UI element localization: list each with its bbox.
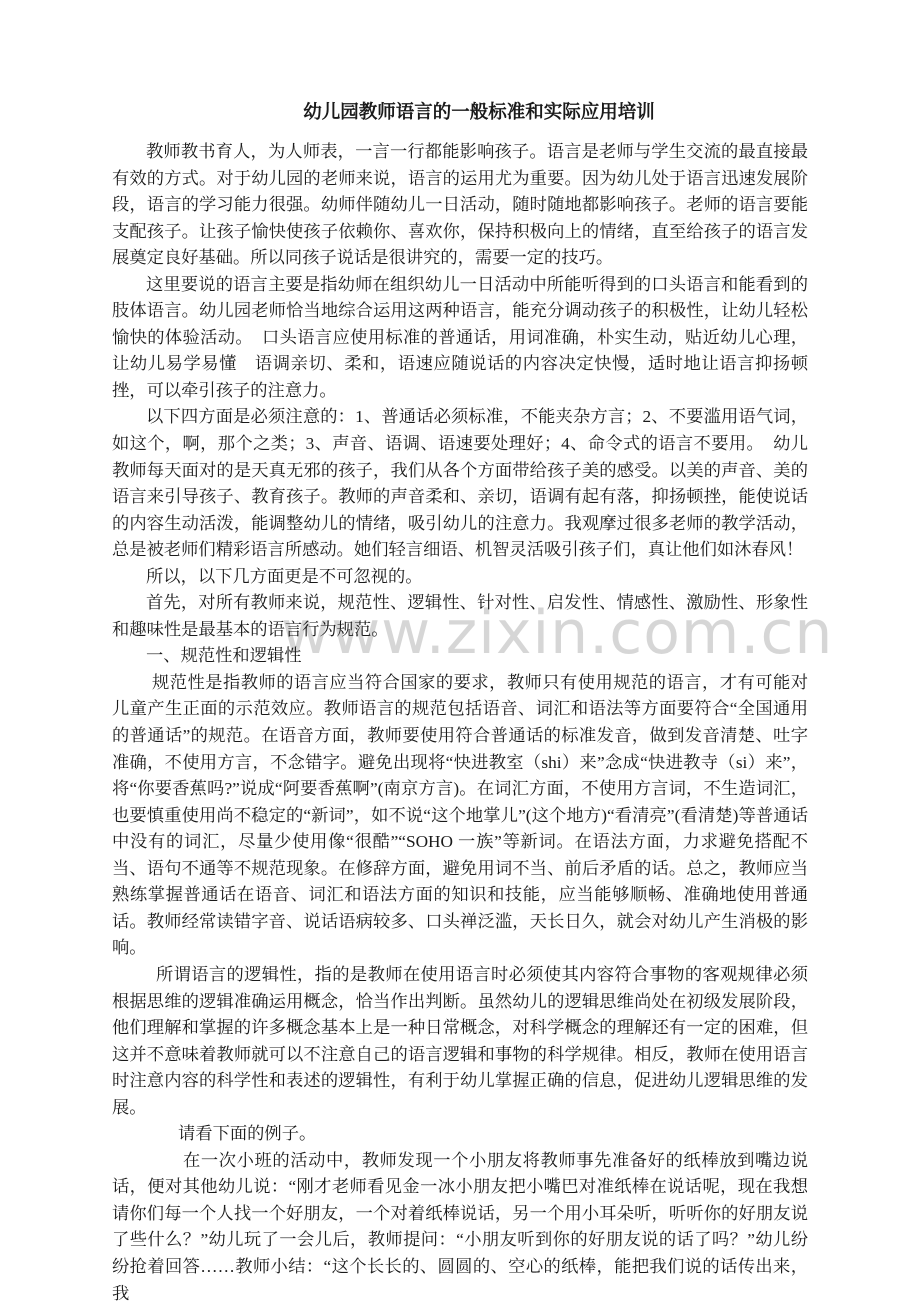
paragraph-example-story: 在一次小班的活动中，教师发现一个小朋友将教师事先准备好的纸棒放到嘴边说话，便对其… — [112, 1148, 808, 1302]
document-title: 幼儿园教师语言的一般标准和实际应用培训 — [150, 99, 808, 127]
paragraph-oral-and-body-language: 这里要说的语言主要是指幼师在组织幼儿一日活动中所能听得到的口头语言和能看到的肢体… — [112, 272, 808, 405]
paragraph-intro: 教师教书育人，为人师表，一言一行都能影响孩子。语言是老师与学生交流的最直接最有效… — [112, 139, 808, 272]
paragraph-normativity: 规范性是指教师的语言应当符合国家的要求，教师只有使用规范的语言，才有可能对儿童产… — [112, 670, 808, 962]
document-page: www.zixin.com.cn 幼儿园教师语言的一般标准和实际应用培训 教师教… — [0, 0, 920, 1302]
section-heading-normativity-logic: 一、规范性和逻辑性 — [112, 643, 808, 670]
document-content: 幼儿园教师语言的一般标准和实际应用培训 教师教书育人，为人师表，一言一行都能影响… — [112, 99, 808, 1302]
paragraph-four-points: 以下四方面是必须注意的：1、普通话必须标准，不能夹杂方言；2、不要滥用语气词，如… — [112, 404, 808, 563]
paragraph-basic-norms: 首先，对所有教师来说，规范性、逻辑性、针对性、启发性、情感性、激励性、形象性和趣… — [112, 590, 808, 643]
paragraph-transition: 所以，以下几方面更是不可忽视的。 — [112, 564, 808, 591]
paragraph-example-lead-in: 请看下面的例子。 — [112, 1121, 808, 1148]
paragraph-logic: 所谓语言的逻辑性，指的是教师在使用语言时必须使其内容符合事物的客观规律必须根据思… — [112, 962, 808, 1121]
